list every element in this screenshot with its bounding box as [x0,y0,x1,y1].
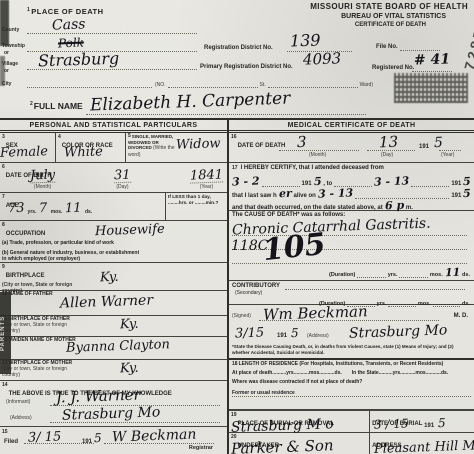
father-birthplace-row: 11BIRTHPLACE OF FATHER (City or town, St… [0,316,227,337]
former-residence-label: Former or usual residence [232,390,471,398]
father-birthplace-value: Ky. [120,318,139,332]
year-sub-label: (Year) [190,184,223,190]
cause-duration-days: 11 [445,267,461,279]
date-of-death-row: 16DATE OF DEATH 3 13 191 5 (Month) (Day)… [229,133,474,163]
death-time-value: 6 p [385,200,405,212]
burial-place-cell: 19PLACE OF BURIAL OR REMOVAL Strasburg M… [229,411,369,433]
age-years-value: 73 [8,202,25,216]
occupation-a-label: (a) Trade, profession, or particular kin… [2,240,122,246]
field-number: 7 [2,194,5,200]
st-label: St. [260,82,266,88]
field-number: 4 [58,134,61,140]
form-body: PERSONAL AND STATISTICAL PARTICULARS 3SE… [0,118,474,454]
attended-to-year: 5 [463,176,471,187]
age-less-than-label: If LESS than 1 day, ........hrs. or ....… [165,193,227,220]
father-caption: NAME OF FATHER [9,291,53,297]
informant-value: J. J. Warner [56,388,141,406]
mos-label: mos. [51,209,63,215]
ds-label: ds. [85,209,92,215]
field-number: 18 [232,361,238,367]
signed-address-label: (Address) [307,333,329,339]
certify-line-3: that I last saw h er alive on 3 - 13 191… [232,188,471,199]
ward-label: Ward) [360,82,373,88]
primary-reg-value: 4093 [303,51,342,67]
year-prefix: 191 [451,181,461,187]
residence-label: 18LENGTH OF RESIDENCE (For Hospitals, In… [232,361,471,368]
dob-month: July(Month) [30,166,55,190]
burial-year-value: 5 [438,417,446,429]
certify-text: I HEREBY CERTIFY, that I attended deceas… [241,165,384,171]
cause-duration-line: (Duration) yrs. mos. 11 ds. [329,267,470,278]
field-number: 3 [2,134,5,140]
signed-value: Wm Beckman [263,304,368,323]
informant-address-value: Strasburg Mo [62,405,161,422]
street-rule-2 [268,80,358,88]
file-no-rule [400,50,440,51]
signed-label: (Signed) [232,313,251,319]
occupation-caption: OCCUPATION [6,231,45,237]
full-name-label: 2FULL NAME [30,101,83,111]
age-days-value: 11 [65,202,82,216]
reg-district-label: Registration District No. [204,45,273,51]
mother-birthplace-sub: (City or town, State or foreign country) [2,366,67,378]
birthplace-label: 9BIRTHPLACE [2,273,44,279]
personal-column: PERSONAL AND STATISTICAL PARTICULARS 3SE… [0,120,229,454]
field-number: 9 [2,264,5,270]
dod-month-sub: (Month) [309,152,326,158]
rule [411,179,449,187]
field-number: 1 [27,7,30,13]
yrs-label: yrs. [28,209,37,215]
undertaker-address-cell: ADDRESS Pleasant Hill Mo. [370,433,474,454]
last-saw-text: that I last saw h [232,193,277,199]
residence-values-row: At place of death..........yrs..........… [232,370,471,377]
dob-day: 31(Day) [114,166,131,190]
dod-year-sub: (Year) [441,152,454,158]
sex-value: Female [0,145,48,160]
registrar-signature: W Beckman [112,428,197,445]
marital-cell: 5SINGLE, MARRIED, WIDOWED OR DIVORCED (W… [126,133,227,162]
certify-block: 17 I HEREBY CERTIFY, that I attended dec… [229,163,474,211]
father-birthplace-sub: (City or town, State or foreign country) [2,322,67,334]
filed-year-value: 5 [94,432,102,444]
signed-address-value: Strasburg Mo [349,323,448,340]
township-label: Township [2,43,25,49]
village-value: Strasburg [38,51,120,70]
certificate-title: CERTIFICATE OF DEATH [355,22,426,28]
reg-district-value: 139 [290,32,321,49]
length-of-residence-block: 18LENGTH OF RESIDENCE (For Hospitals, In… [229,360,474,410]
dod-month-value: 3 [297,135,307,150]
in-state-label: In the State..........yrs...........mos.… [352,370,448,377]
primary-reg-label: Primary Registration District No. [200,64,293,70]
place-of-death-title: 1PLACE OF DEATH [27,7,104,16]
dod-day-sub: (Day) [381,152,393,158]
informant-address-label: (Address) [10,415,32,421]
rule [399,270,427,278]
undertaker-value: Parker & Son [231,438,334,454]
place-of-death-label: PLACE OF DEATH [31,7,103,16]
burial-left: 19PLACE OF BURIAL OR REMOVAL Strasburg M… [229,411,370,454]
dob-values: July(Month) 31(Day) 1841(Year) [30,166,223,190]
undertaker-cell: 20UNDERTAKER Parker & Son [229,433,369,454]
no-label: (NO. [155,82,166,88]
registered-no-value: # 41 [414,52,451,67]
certify-line-2: 3 - 2 191 5 , to 3 - 13 191 5 [232,176,471,187]
occupation-label: 8OCCUPATION [2,231,45,237]
county-label: County [2,27,19,33]
registrar-label: Registrar [189,445,213,451]
birthplace-row: 9BIRTHPLACE (City or town, State or fore… [0,263,227,291]
signed-address-row: 3/15 191 5 (Address) Strasburg Mo [229,325,474,343]
board-title: MISSOURI STATE BOARD OF HEALTH [238,2,468,11]
rule [334,179,372,187]
informant-row: 14THE ABOVE IS TRUE TO THE BEST OF MY KN… [0,381,227,427]
dob-day-value: 31 [114,169,131,184]
cause-stamp: 105 [262,230,327,266]
race-value: White [64,145,103,159]
binding-mark-1 [0,0,9,46]
md-label: M. D. [454,313,468,319]
cause-of-death-block: The CAUSE OF DEATH* was as follows: Chro… [229,211,474,281]
sex-race-marital-row: 3SEX Female 4COLOR OR RACE White 5SINGLE… [0,133,227,163]
duration-label: (Duration) [329,272,355,278]
contributory-label: CONTRIBUTORY [232,283,280,289]
personal-section-title: PERSONAL AND STATISTICAL PARTICULARS [0,120,227,133]
attended-to-value: 3 - 13 [374,175,410,187]
burial-year-prefix: 191 [424,423,434,429]
yrs-label: yrs. [388,272,398,278]
year-prefix: 191 [302,181,312,187]
occupation-value: Housewife [95,223,165,238]
contributory-block: CONTRIBUTORY (Secondary) (Duration) yrs.… [229,281,474,305]
rule [357,270,385,278]
field-number: 16 [231,134,237,140]
year-prefix: 191 [451,193,461,199]
dod-label: 16DATE OF DEATH [231,143,285,149]
undertaker-address-value: Pleasant Hill Mo. [374,439,474,454]
certify-line-1: 17 I HEREBY CERTIFY, that I attended dec… [232,165,471,171]
marital-label: 5SINGLE, MARRIED, WIDOWED OR DIVORCED (W… [128,134,176,158]
last-saw-her: er [278,188,291,199]
dod-caption: DATE OF DEATH [238,143,286,149]
contracted-label: Where was disease contracted if not at p… [232,379,471,386]
field-number: 14 [2,382,8,388]
city-label: City [2,81,11,87]
medical-section-title: MEDICAL CERTIFICATE OF DEATH [229,120,474,133]
dod-day-value: 13 [379,135,399,151]
cause-label: The CAUSE OF DEATH* was as follows: [232,212,345,218]
dod-month-rule [279,150,359,151]
death-certificate: 1PLACE OF DEATH County Township or Villa… [0,0,474,454]
full-name-row: 2FULL NAME Elizabeth H. Carpenter [0,92,474,118]
sex-cell: 3SEX Female [0,133,56,162]
burial-date-value: 3 / 15 [374,417,409,430]
mother-birthplace-row: 13BIRTHPLACE OF MOTHER (City or town, St… [0,360,227,381]
stamp-number: 7287 [461,26,474,72]
residence-caption: LENGTH OF RESIDENCE (For Hospitals, Inst… [239,361,444,367]
street-line: (NO. St. Ward) [155,80,373,88]
occupation-b-label: (b) General nature of industry, business… [2,250,142,262]
father-name-row: 10NAME OF FATHER Allen Warner [0,291,227,316]
signed-year-prefix: 191 [277,333,287,339]
occupation-row: 8OCCUPATION (a) Trade, profession, or pa… [0,221,227,263]
date-of-birth-row: 6DATE OF BIRTH July(Month) 31(Day) 1841(… [0,163,227,193]
marital-value: Widow [176,137,221,152]
last-saw-year: 5 [463,188,471,199]
registered-no-label: Registered No. [372,65,414,71]
attended-from-year: 5 [313,176,321,187]
alive-on-text: alive on [293,193,315,199]
birthplace-caption: BIRTHPLACE [6,273,45,279]
burial-date-cell: DATE OF BURIAL 3 / 15 191 5 [370,411,474,433]
informant-label: (Informant) [6,399,30,405]
father-birthplace-label: 11BIRTHPLACE OF FATHER (City or town, St… [2,317,80,334]
city-rule [27,87,152,88]
race-cell: 4COLOR OR RACE White [56,133,126,162]
field-number: 15 [2,429,8,435]
full-name-value: Elizabeth H. Carpenter [90,91,291,115]
field-number: 2 [30,101,33,107]
filed-year-prefix: 191 [82,439,92,445]
signed-date-value: 3/15 [235,326,265,340]
bureau-title: BUREAU OF VITAL STATISTICS [341,13,446,20]
day-sub-label: (Day) [114,184,131,190]
birthplace-value: Ky. [100,271,119,285]
field-number: 19 [231,412,237,418]
field-number: 8 [2,222,5,228]
dod-year-prefix: 191 [419,144,429,150]
to-label: , to [323,181,332,187]
filed-label: Filed [4,439,18,445]
mother-name-value: Byanna Clayton [66,338,170,355]
field-number: 5 [128,133,131,139]
at-place-label: At place of death..........yrs..........… [232,370,342,377]
file-no-label: File No. [376,44,398,50]
signed-year-value: 5 [291,327,299,339]
dod-year-value: 5 [434,136,443,150]
street-rule-1 [168,80,258,88]
full-name-caption: FULL NAME [34,101,83,111]
certificate-header: 1PLACE OF DEATH County Township or Villa… [0,0,474,92]
registered-no-rule [412,71,452,72]
filed-date-value: 3/ 15 [28,430,62,444]
age-values: 73 yrs. 7 mos. 11 ds. [8,202,92,215]
attended-from-value: 3 - 2 [232,176,260,188]
dob-year: 1841(Year) [190,166,223,190]
mother-birthplace-value: Ky. [120,362,139,376]
contributory-sub: (Secondary) [235,290,262,296]
village-label: Village [2,61,18,67]
burial-undertaker-block: 19PLACE OF BURIAL OR REMOVAL Strasburg M… [229,410,474,454]
burial-right: DATE OF BURIAL 3 / 15 191 5 ADDRESS Plea… [370,411,474,454]
last-saw-date: 3 - 13 [318,187,354,199]
field-number: 17 [232,165,238,171]
or2: or [4,68,9,74]
rule [262,179,300,187]
month-sub-label: (Month) [30,184,55,190]
contributory-rule [285,289,465,290]
father-name-value: Allen Warner [60,293,153,310]
county-value: Cass [52,17,86,32]
parents-vertical: PARENTS [0,292,11,374]
ds-label: ds. [462,272,470,278]
dob-year-value: 1841 [190,168,224,183]
certify-line-4: and that death occurred, on the date sta… [232,200,471,211]
field-number: 6 [2,164,5,170]
mos-label: mos. [430,272,443,278]
cause-footnote: *State the Disease Causing Death, or, in… [229,343,474,360]
age-cell: 7AGE 73 yrs. 7 mos. 11 ds. [0,193,165,220]
mother-birthplace-label: 13BIRTHPLACE OF MOTHER (City or town, St… [2,361,80,378]
or1: or [4,50,9,56]
medical-column: MEDICAL CERTIFICATE OF DEATH 16DATE OF D… [229,120,474,454]
mother-name-row: 12MAIDEN NAME OF MOTHER Byanna Clayton [0,337,227,360]
dob-month-value: July [30,169,56,184]
township-struck: Polk [58,37,84,50]
age-months-value: 7 [39,202,48,215]
filed-row: 15 Filed 3/ 15 191 5 W Beckman Registrar [0,427,227,454]
age-row: 7AGE 73 yrs. 7 mos. 11 ds. If LESS than … [0,193,227,221]
